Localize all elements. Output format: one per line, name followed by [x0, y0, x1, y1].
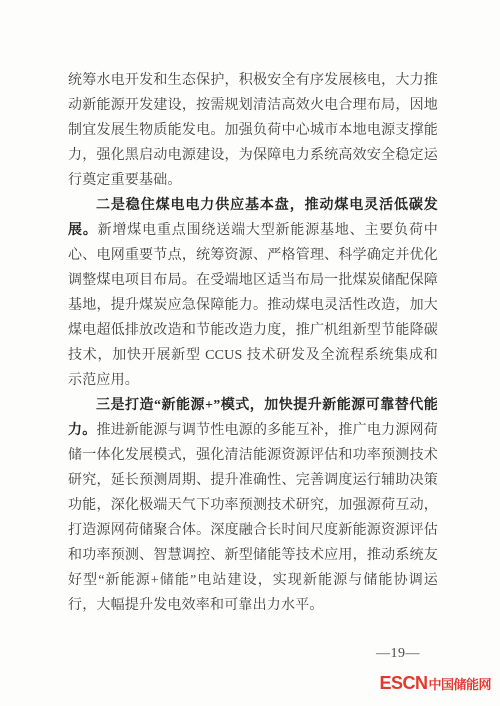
paragraph-text: 推进新能源与调节性电源的多能互补，推广电力源网荷储一体化发展模式，强化清洁能源资…: [68, 423, 438, 613]
logo-escn-text: ESCN: [379, 673, 427, 694]
logo-chinese-text: 中国储能网: [428, 674, 491, 693]
paragraph-text: 统筹水电开发和生态保护，积极安全有序发展核电，大力推动新能源开发建设，按需规划清…: [68, 73, 438, 188]
page-number: —19—: [0, 646, 420, 662]
paragraph-3: 三是打造“新能源+”模式，加快提升新能源可靠替代能力。推进新能源与调节性电源的多…: [68, 393, 438, 618]
paragraph-1: 统筹水电开发和生态保护，积极安全有序发展核电，大力推动新能源开发建设，按需规划清…: [68, 68, 438, 193]
document-body: 统筹水电开发和生态保护，积极安全有序发展核电，大力推动新能源开发建设，按需规划清…: [68, 68, 438, 618]
paragraph-text: 新增煤电重点围绕送端大型新能源基地、主要负荷中心、电网重要节点，统筹资源、严格管…: [68, 223, 438, 388]
paragraph-2: 二是稳住煤电电力供应基本盘，推动煤电灵活低碳发展。新增煤电重点围绕送端大型新能源…: [68, 193, 438, 393]
document-page: 统筹水电开发和生态保护，积极安全有序发展核电，大力推动新能源开发建设，按需规划清…: [0, 0, 500, 706]
escn-logo: ESCN 中国储能网: [379, 673, 491, 694]
